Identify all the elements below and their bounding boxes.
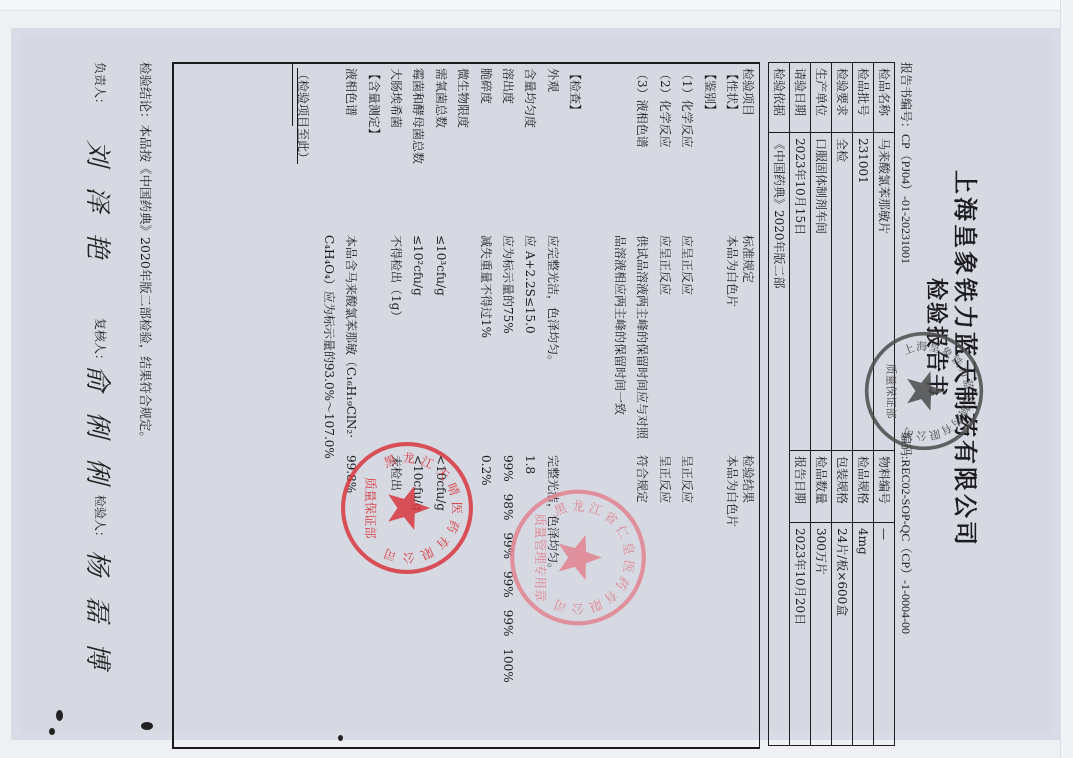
result-standard: 应完整光洁，色泽均匀。	[545, 235, 560, 367]
conclusion-label: 检验结论：	[138, 62, 153, 125]
svg-text:晴: 晴	[444, 481, 462, 498]
result-standard: ≤10²cfu/g	[410, 235, 425, 296]
result-item: 微生物限度	[455, 68, 470, 128]
svg-text:司: 司	[552, 597, 569, 615]
svg-text:限: 限	[419, 544, 436, 562]
result-value: 0.2%	[478, 455, 493, 486]
col-header-result: 检验结果	[740, 455, 755, 503]
result-item: 【鉴别】	[702, 68, 717, 116]
result-item: 脆碎度	[478, 68, 493, 104]
header-value: 24片/板×600盒	[832, 523, 853, 746]
result-item: 【性状】	[724, 68, 739, 116]
svg-text:医: 医	[449, 502, 463, 514]
header-label: 报告日期	[790, 451, 811, 523]
header-label: 物料编号	[874, 451, 895, 523]
header-row: 检验要求全检包装规格24片/板×600盒	[832, 63, 853, 746]
inspector-signature: 杨 磊 博	[81, 550, 118, 675]
result-item: 外观	[545, 68, 560, 92]
header-value: 4mg	[853, 523, 874, 746]
company-qa-stamp: 上海皇象铁力蓝天制药有限公司 质量保证部	[863, 330, 985, 452]
result-standard: ≤10³cfu/g	[433, 235, 448, 296]
svg-text:公: 公	[402, 550, 415, 564]
result-item: 液相色谱	[343, 68, 358, 116]
scan-speck	[338, 735, 343, 741]
header-label: 检验依据	[769, 63, 790, 133]
header-value: 300万片	[811, 523, 832, 746]
scan-speck	[49, 728, 55, 735]
svg-text:黑: 黑	[382, 453, 399, 471]
conclusion: 检验结论：本品按《中国药典》2020年版二部检验，结果符合规定。	[138, 62, 153, 444]
result-standard: C₄H₄O₄）应为标示量的93.0%～107.0%	[321, 235, 336, 459]
end-of-items-note: （检验项目至此）	[295, 68, 310, 164]
col-header-item: 检验项目	[740, 68, 755, 116]
result-item: （1）化学反应	[679, 68, 694, 148]
result-standard: 应呈正反应	[657, 235, 672, 295]
result-standard: 不得检出（1g）	[388, 235, 403, 322]
inspector-label: 检验人：	[92, 495, 107, 543]
result-item: 【检查】	[567, 68, 582, 116]
stamp-seal-icon: 上海皇象铁力蓝天制药有限公司 质量保证部	[863, 330, 985, 452]
svg-text:质量管理专用章: 质量管理专用章	[533, 513, 548, 602]
svg-text:有: 有	[433, 533, 452, 552]
header-label: 请验日期	[790, 63, 811, 133]
scan-speck	[141, 722, 153, 730]
svg-text:蓝: 蓝	[961, 378, 976, 391]
svg-text:龙: 龙	[572, 499, 585, 514]
report-number-label: 报告书编号：	[899, 62, 913, 134]
report-number-value: CP（PJ04）-01-20231001	[899, 134, 913, 264]
result-standard: 本品含马来酸氯苯那敏（C₁₆H₁₉ClN₂·	[343, 235, 358, 438]
svg-text:限: 限	[928, 427, 942, 442]
header-row: 生产单位口服固体制剂车间检品数量300万片	[811, 63, 832, 746]
header-label: 包装规格	[832, 451, 853, 523]
inspection-report-page: 上海皇象铁力蓝天制药有限公司 检验报告书 报告书编号：CP（PJ04）-01-2…	[0, 0, 1073, 758]
svg-text:有: 有	[601, 587, 621, 607]
result-standard: 应呈正反应	[679, 235, 694, 295]
header-value: 《中国药典》2020年版二部	[769, 133, 790, 746]
svg-text:上: 上	[901, 340, 916, 357]
result-item: 【含量测定】	[366, 68, 381, 140]
header-row: 请验日期2023年10月15日报告日期2023年10月20日	[790, 63, 811, 746]
supplier-qc-stamp: 黑龙江省仁皇医药有限公司 质量管理专用章	[508, 485, 648, 630]
col-header-standard: 标准规定	[740, 235, 755, 283]
header-label: 检品数量	[811, 451, 832, 523]
svg-text:药: 药	[444, 518, 462, 535]
result-standard: 减失重量不得过1%	[478, 235, 493, 338]
header-label: 生产单位	[811, 63, 832, 133]
result-standard: 品溶液相应两主峰的保留时间一致	[612, 235, 627, 415]
svg-text:龙: 龙	[402, 450, 415, 465]
svg-text:黑: 黑	[552, 500, 569, 519]
responsible-signature: 刘 泽 艳	[81, 140, 118, 265]
result-item: 霉菌和酵母菌总数	[410, 68, 425, 164]
result-value: 1.8	[522, 455, 537, 474]
header-value: 2023年10月15日	[790, 133, 811, 451]
svg-text:质量保证部: 质量保证部	[884, 364, 898, 419]
svg-text:司: 司	[901, 425, 916, 441]
header-value: 口服固体制剂车间	[811, 133, 832, 451]
stamp-seal-icon: 黑龙江天晴医药有限公司 质量保证部	[339, 440, 475, 576]
svg-text:司: 司	[382, 546, 398, 563]
header-label: 检品规格	[853, 451, 874, 523]
header-row: 检验依据《中国药典》2020年版二部	[769, 63, 790, 746]
svg-text:公: 公	[571, 601, 584, 616]
result-value: 呈正反应	[679, 455, 694, 503]
svg-text:皇: 皇	[620, 541, 637, 556]
header-label: 检品批号	[853, 63, 874, 133]
svg-text:公: 公	[916, 429, 928, 443]
form-code: 编码:REC02-SOP-QC（CP）-1-0004-00	[898, 432, 913, 634]
result-item: 大肠埃希菌	[388, 68, 403, 128]
result-item: （2）化学反应	[657, 68, 672, 148]
result-standard: 应为标示量的75%	[500, 235, 515, 334]
svg-text:医: 医	[620, 559, 637, 574]
responsible-label: 负责人：	[92, 62, 107, 110]
header-value: —	[874, 523, 895, 746]
reviewer-signature: 俞 俐 俐	[81, 365, 118, 490]
result-standard: 应 A+2.2S≤15.0	[522, 235, 537, 334]
result-value: 本品为白色片	[724, 455, 739, 527]
result-value: 呈正反应	[657, 455, 672, 503]
result-item: 溶出度	[500, 68, 515, 104]
end-note-rule	[292, 64, 293, 126]
result-standard: 本品为白色片	[724, 235, 739, 307]
result-item: 含量均匀度	[522, 68, 537, 128]
report-number: 报告书编号：CP（PJ04）-01-20231001	[898, 62, 913, 264]
stamp-seal-icon: 黑龙江省仁皇医药有限公司 质量管理专用章	[508, 485, 648, 630]
svg-text:江: 江	[587, 500, 604, 519]
svg-text:限: 限	[587, 597, 604, 616]
svg-text:质量保证部: 质量保证部	[363, 477, 378, 538]
scan-speck	[56, 710, 63, 721]
svg-text:天: 天	[433, 464, 452, 483]
results-frame	[172, 62, 760, 749]
header-label: 检品名称	[874, 63, 895, 133]
result-standard: 供试品溶液两主峰的保留时间应与对照	[634, 235, 649, 439]
svg-text:药: 药	[613, 574, 632, 593]
result-item: （3）液相色谱	[634, 68, 649, 148]
svg-text:仁: 仁	[613, 523, 632, 542]
svg-text:海: 海	[916, 339, 928, 354]
svg-text:省: 省	[601, 508, 621, 528]
header-value: 全检	[832, 133, 853, 451]
reviewer-label: 复核人：	[92, 318, 107, 366]
distributor-qa-stamp: 黑龙江天晴医药有限公司 质量保证部	[339, 440, 475, 576]
conclusion-text: 本品按《中国药典》2020年版二部检验，结果符合规定。	[138, 125, 153, 444]
header-value: 2023年10月20日	[790, 523, 811, 746]
svg-text:江: 江	[419, 454, 436, 472]
header-label: 检验要求	[832, 63, 853, 133]
result-item: 需氧菌总数	[433, 68, 448, 128]
